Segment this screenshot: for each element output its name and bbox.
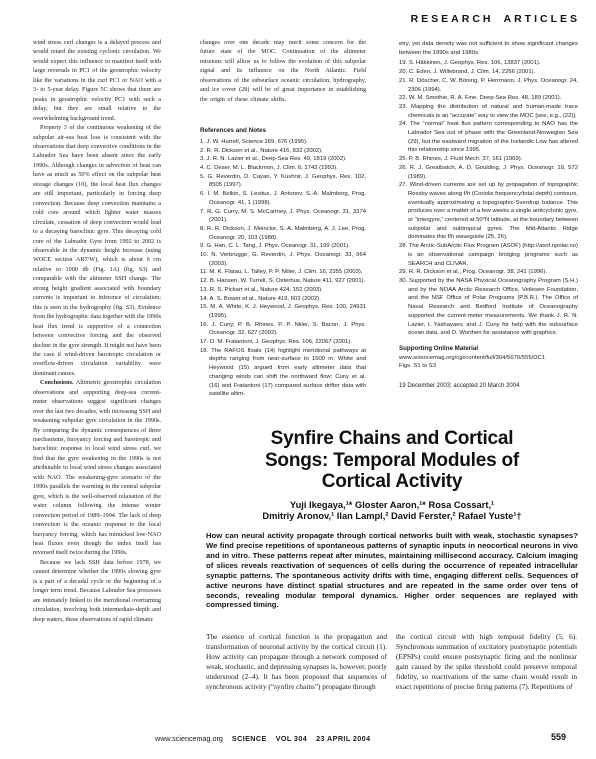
- article-title: Synfire Chains and Cortical Songs: Tempo…: [206, 428, 578, 493]
- section-header-word: ARTICLES: [504, 13, 581, 25]
- paragraph: wind stress curl changes is a delayed pr…: [33, 38, 161, 123]
- reference-item: 17. D. M. Fratantoni, J. Geophys. Res. 1…: [200, 338, 366, 347]
- footer-journal: SCIENCE: [232, 734, 267, 743]
- reference-item: 21. R. Döscher, C. W. Böning, P. Herrman…: [399, 77, 578, 94]
- reference-item: 14. A. S. Bower et al., Nature 419, 603 …: [200, 295, 366, 304]
- paragraph: Property 3 of the continuous weakening o…: [33, 123, 161, 378]
- article-title-line: Songs: Temporal Modules of: [206, 450, 578, 472]
- supporting-material-figs: Figs. S1 to S3: [399, 362, 578, 371]
- page-number: 559: [551, 732, 566, 742]
- footer-date: 23 APRIL 2004: [316, 734, 370, 743]
- reference-item: 20. C. Eden, J. Willebrand, J. Clim. 14,…: [399, 68, 578, 77]
- reference-item: 22. W. M. Smethie, R. A. Fine, Deep-Sea …: [399, 94, 578, 103]
- prev-article-column-1: wind stress curl changes is a delayed pr…: [33, 38, 161, 722]
- author-line: Dmitriy Aronov,¹ Ilan Lampl,² David Fers…: [206, 511, 578, 523]
- body-column-right: the cortical circuit with high temporal …: [396, 632, 577, 692]
- reference-item: 16. J. Cuny, P. B. Rhines, P. P. Niiler,…: [200, 321, 366, 338]
- article-title-line: Cortical Activity: [206, 471, 578, 493]
- reference-item: 9. G. Han, C. L. Tang, J. Phys. Oceanogr…: [200, 242, 366, 251]
- reference-list: 19. S. Häkkinen, J. Geophys. Res. 106, 1…: [399, 59, 578, 338]
- references-heading: References and Notes: [200, 127, 366, 136]
- reference-item: 11. M. K. Flatau, L. Talley, P. P. Niile…: [200, 268, 366, 277]
- paragraph: Conclusions. Altimetric geostrophic circ…: [33, 378, 161, 558]
- reference-item: 2. R. R. Dickson et al., Nature 416, 832…: [200, 147, 366, 156]
- reference-item: 8. R. R. Dickson, J. Meincke, S.-A. Malm…: [200, 225, 366, 242]
- author-line: Yuji Ikegaya,¹* Gloster Aaron,¹* Rosa Co…: [206, 500, 578, 512]
- reference-item: 10. N. Verbrugge, G. Reverdin, J. Phys. …: [200, 251, 366, 268]
- reference-item: 7. R. G. Curry, M. S. McCartney, J. Phys…: [200, 208, 366, 225]
- paragraph: Because we lack SSH data before 1978, we…: [33, 558, 161, 624]
- reference-item: 25. P. B. Rhines, J. Fluid Mech. 37, 161…: [399, 155, 578, 164]
- section-header: RESEARCHARTICLES: [411, 13, 580, 25]
- reference-item: 29. R. R. Dickson et al., Prog. Oceanogr…: [399, 268, 578, 277]
- author-list: Yuji Ikegaya,¹* Gloster Aaron,¹* Rosa Co…: [206, 500, 578, 524]
- prev-article-column-3: etry, yet data density was not sufficien…: [399, 40, 578, 391]
- prev-article-column-2: changes over one decade may merit some c…: [200, 38, 366, 399]
- paragraph-text: Altimetric geostrophic circulation obser…: [33, 379, 161, 556]
- journal-page: RESEARCHARTICLES wind stress curl change…: [0, 0, 596, 759]
- conclusions-lead: Conclusions.: [40, 379, 76, 386]
- reference-item: 26. R. J. Greatbatch, A. D. Goulding, J.…: [399, 164, 578, 181]
- footer-volume: VOL 304: [276, 734, 307, 743]
- footer: www.sciencemag.orgSCIENCEVOL 30423 APRIL…: [155, 734, 379, 743]
- supporting-material-heading: Supporting Online Material: [399, 345, 578, 354]
- reference-item: 6. I. M. Belkin, S. Levitus, J. Antonov,…: [200, 190, 366, 207]
- reference-item: 13. R. S. Pickart et al., Nature 424, 15…: [200, 286, 366, 295]
- supporting-material-url: www.sciencemag.org/cgi/content/full/304/…: [399, 354, 578, 363]
- article-body: The essence of cortical function is the …: [206, 632, 578, 692]
- reference-item: 19. S. Häkkinen, J. Geophys. Res. 106, 1…: [399, 59, 578, 68]
- reference-item: 4. C. Deser, M. L. Blackmon, J. Clim. 6,…: [200, 164, 366, 173]
- footer-url: www.sciencemag.org: [155, 734, 223, 743]
- reference-continuation: etry, yet data density was not sufficien…: [399, 40, 578, 57]
- section-header-word: RESEARCH: [411, 13, 494, 25]
- reference-item: 27. Wind-driven currents are set up by p…: [399, 181, 578, 242]
- reference-item: 3. J. R. N. Lazier et al., Deep-Sea Res.…: [200, 155, 366, 164]
- reference-item: 23. Mapping the distribution of natural …: [399, 103, 578, 120]
- reference-item: 1. J. W. Hurrell, Science 269, 676 (1995…: [200, 138, 366, 147]
- reference-item: 30. Supported by the NASA Physical Ocean…: [399, 277, 578, 338]
- received-accepted-dates: 19 December 2003; accepted 20 March 2004: [399, 382, 578, 391]
- reference-item: 28. The Arctic-SubArctic Flux Program (A…: [399, 242, 578, 268]
- reference-item: 18. The RAFOS floats (14) highlight meri…: [200, 347, 366, 399]
- reference-list: 1. J. W. Hurrell, Science 269, 676 (1995…: [200, 138, 366, 399]
- reference-item: 5. G. Reverdin, D. Cayan, Y. Kushnir, J.…: [200, 173, 366, 190]
- reference-item: 24. The “normal” heat flux pattern corre…: [399, 120, 578, 155]
- body-column-left: The essence of cortical function is the …: [206, 632, 387, 692]
- new-article: Synfire Chains and Cortical Songs: Tempo…: [206, 428, 578, 692]
- abstract: How can neural activity propagate throug…: [206, 531, 578, 610]
- reference-item: 12. B. Hansen, W. Turrell, S. Osterhus, …: [200, 277, 366, 286]
- article-title-line: Synfire Chains and Cortical: [206, 428, 578, 450]
- reference-item: 15. M. A. White, K. J. Heywood, J. Geoph…: [200, 303, 366, 320]
- paragraph: changes over one decade may merit some c…: [200, 38, 366, 104]
